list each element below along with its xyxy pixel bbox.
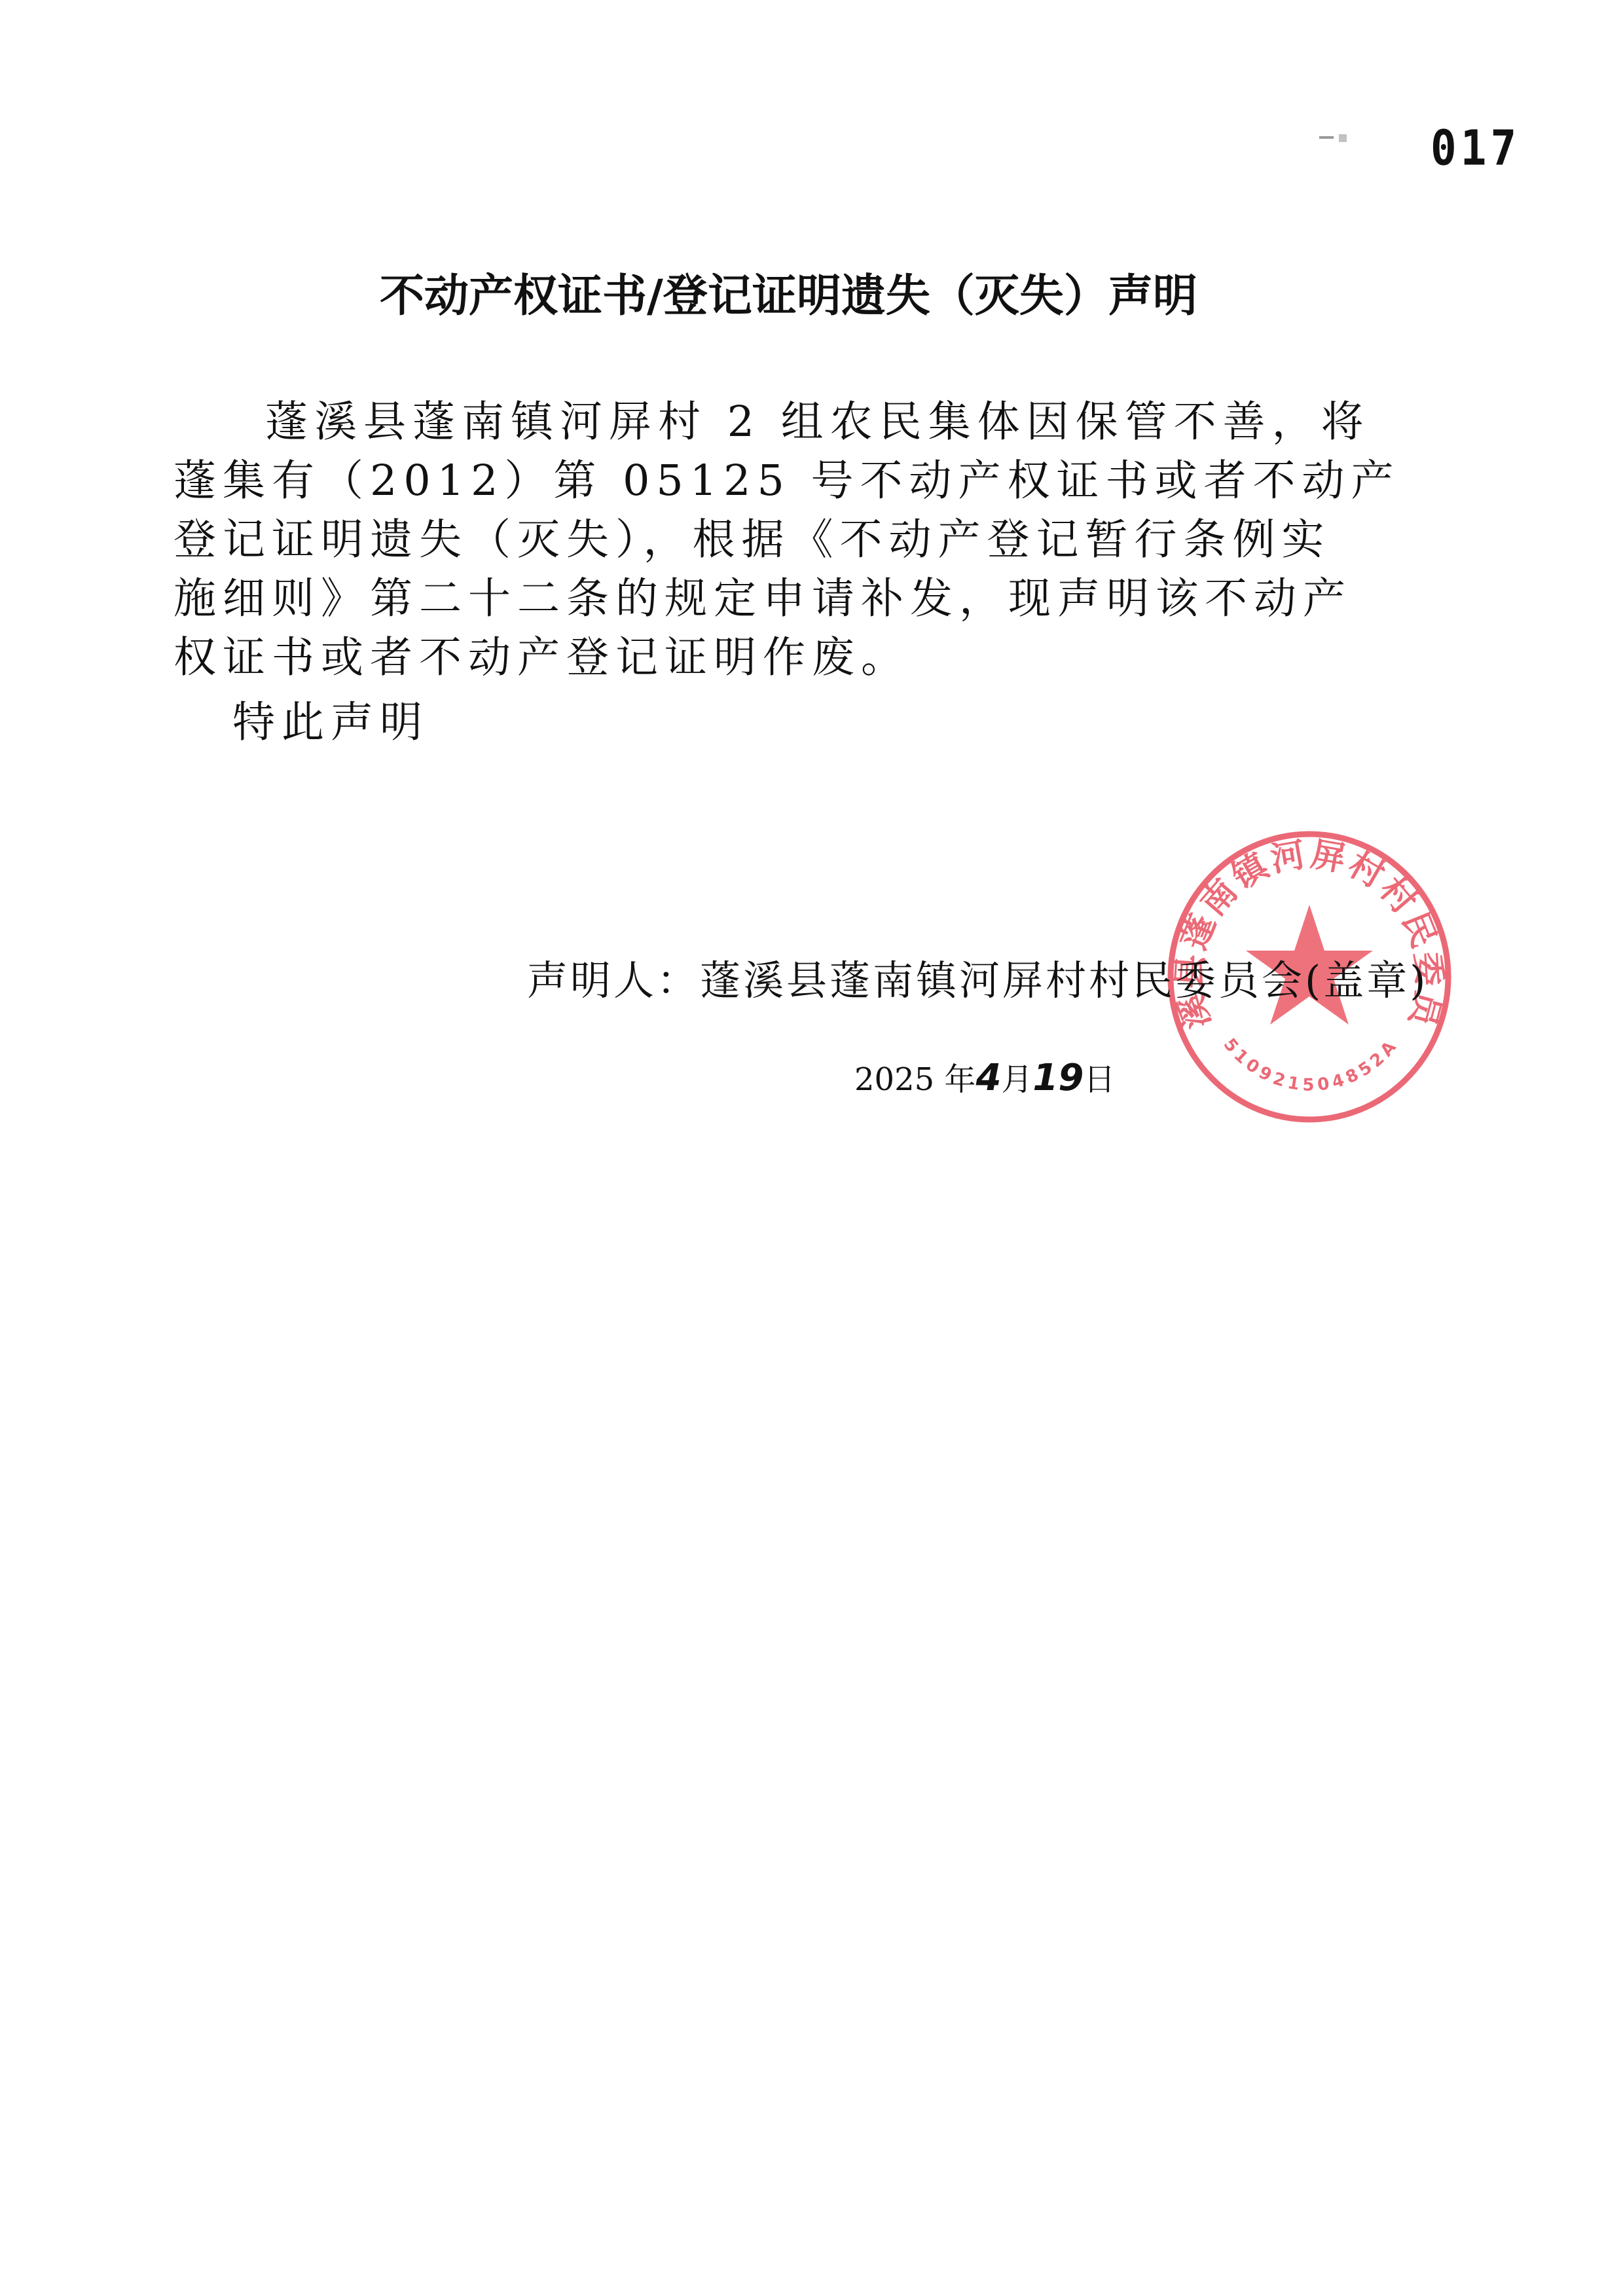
body-line: 蓬集有（2012）第 05125 号不动产权证书或者不动产 bbox=[173, 452, 1437, 511]
document-title: 不动产权证书/登记证明遗失（灭失）声明 bbox=[380, 261, 1296, 324]
page-number: 017 bbox=[1431, 120, 1520, 176]
declaration-body: 蓬溪县蓬南镇河屏村 2 组农民集体因保管不善，将 蓬集有（2012）第 0512… bbox=[173, 393, 1437, 687]
body-line: 登记证明遗失（灭失），根据《不动产登记暂行条例实 bbox=[173, 511, 1437, 570]
date-month-suffix: 月 bbox=[1001, 1061, 1032, 1098]
date-year-suffix: 年 bbox=[944, 1061, 975, 1098]
svg-text:510921504852A: 510921504852A bbox=[1220, 1034, 1403, 1095]
scan-artifact bbox=[1319, 136, 1334, 139]
body-line: 权证书或者不动产登记证明作废。 bbox=[173, 629, 1437, 687]
signature-label: 声明人： bbox=[527, 957, 700, 1004]
signature-line: 声明人：蓬溪县蓬南镇河屏村村民委员会(盖章) bbox=[527, 948, 1428, 1006]
declarant-name: 蓬溪县蓬南镇河屏村村民委员会(盖章) bbox=[700, 957, 1428, 1004]
seal-code: 510921504852A bbox=[1220, 1034, 1403, 1095]
date-day-handwritten: 19 bbox=[1032, 1057, 1084, 1099]
closing-statement: 特此声明 bbox=[232, 687, 429, 749]
signing-date: 2025 年4月19日 bbox=[854, 1054, 1115, 1099]
date-year: 2025 bbox=[854, 1061, 934, 1098]
scan-artifact bbox=[1339, 134, 1347, 142]
body-line: 施细则》第二十二条的规定申请补发，现声明该不动产 bbox=[173, 570, 1437, 629]
date-month-handwritten: 4 bbox=[975, 1057, 1001, 1099]
date-day-suffix: 日 bbox=[1084, 1061, 1115, 1098]
body-line: 蓬溪县蓬南镇河屏村 2 组农民集体因保管不善，将 bbox=[173, 393, 1437, 452]
